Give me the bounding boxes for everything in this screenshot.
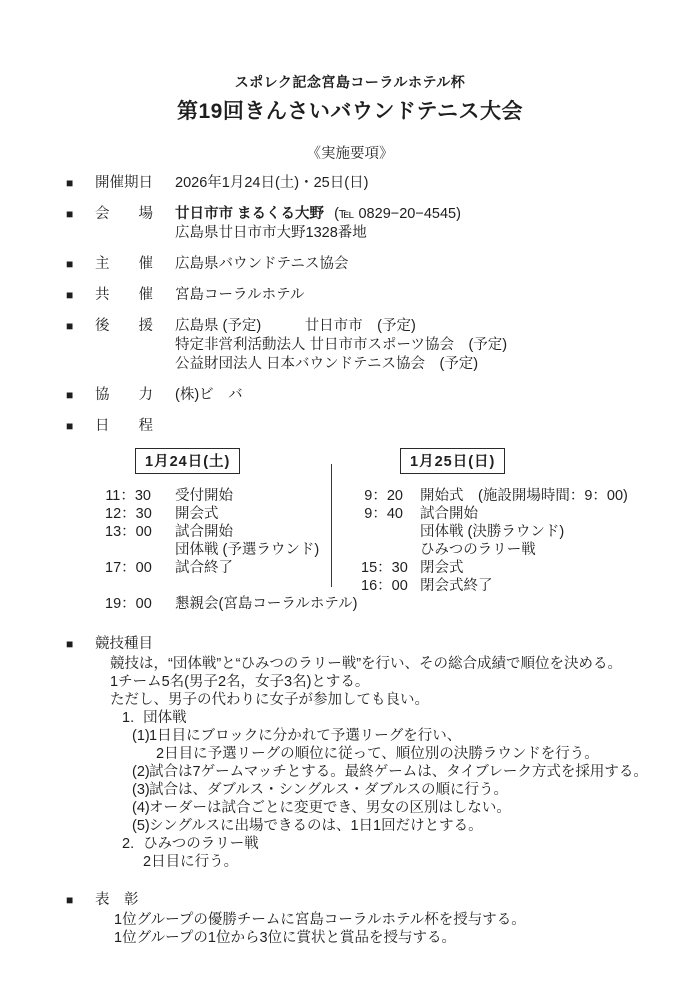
schedule-row: 16：00 閉会式終了 [361,577,700,595]
rule-number: (1) [132,727,149,763]
schedule-time: 9：20 [361,487,403,505]
square-bullet-icon: ■ [66,286,95,305]
events-intro-line: 競技は，“団体戦”と“ひみつのラリー戦”を行い、その総合成績で順位を決める。 [110,655,700,673]
rule-text-line: 2日目に予選リーグの順位に従って、順位別の決勝ラウンドを行う。 [149,745,599,763]
info-row-support: ■ 後 援 広島県 (予定) 廿日市市 (予定) 特定非営利活動法人 廿日市市ス… [66,317,700,374]
square-bullet-icon: ■ [66,635,95,654]
schedule-activity: 閉会式終了 [420,577,493,595]
schedule-activity: 開会式 [175,505,219,523]
schedule-day2-column: 1月25日(日) 9：20 開始式 (施設開場時間：9：00) 9：40 試合開… [361,448,700,613]
tournament-title: 第19回きんさいバウンドテニス大会 [0,95,700,125]
schedule-row: 17：00 試合終了 [105,559,361,577]
schedule-row: 9：20 開始式 (施設開場時間：9：00) [361,487,700,505]
cooperation-label: 協 力 [95,386,175,405]
schedule-row: 13：00 試合開始 [105,523,361,541]
square-bullet-icon: ■ [66,417,95,436]
venue-address: 広島県廿日市市大野1328番地 [175,224,461,243]
item-number: 1. [122,710,134,726]
schedule-activity: 懇親会(宮島コーラルホテル) [175,595,358,613]
rule-number: (4) [132,799,149,817]
events-heading: 競技種目 [95,635,153,654]
events-intro-line: 1チーム5名(男子2名，女子3名)とする。 [110,673,700,691]
schedule-activity: 受付開始 [175,487,233,505]
schedule-time [361,541,403,559]
info-row-event-date: ■ 開催期日 2026年1月24日(土)・25日(日) [66,174,700,193]
awards-line: 1位グループの1位から3位に賞状と賞品を授与する。 [114,929,700,947]
rule-text-line: シングルスに出場できるのは、1日1回だけとする。 [149,817,483,835]
info-row-schedule-heading: ■ 日 程 [66,417,700,436]
event-item-team: 1.団体戦 [122,709,700,727]
cooperation-value: (株)ビ バ [175,386,243,405]
events-section: ■ 競技種目 競技は，“団体戦”と“ひみつのラリー戦”を行い、その総合成績で順位… [66,635,700,871]
schedule-row: 団体戦 (予選ラウンド) [105,541,361,559]
awards-line: 1位グループの優勝チームに宮島コーラルホテル杯を授与する。 [114,911,700,929]
schedule-section: 1月24日(土) 11：30 受付開始 12：30 開会式 13：00 試合開始… [66,448,700,613]
square-bullet-icon: ■ [66,255,95,274]
schedule-time: 16：00 [361,577,403,595]
schedule-row: 11：30 受付開始 [105,487,361,505]
square-bullet-icon: ■ [66,891,95,910]
team-rule: (1) 1日目にブロックに分かれて予選リーグを行い、 2日目に予選リーグの順位に… [132,727,700,763]
team-rule: (5) シングルスに出場できるのは、1日1回だけとする。 [132,817,700,835]
info-row-cohost: ■ 共 催 宮島コーラルホテル [66,286,700,305]
rule-text-line: 1日目にブロックに分かれて予選リーグを行い、 [149,727,599,745]
schedule-row: 団体戦 (決勝ラウンド) [361,523,700,541]
cohost-value: 宮島コーラルホテル [175,286,304,305]
schedule-row: ひみつのラリー戦 [361,541,700,559]
square-bullet-icon: ■ [66,205,95,224]
schedule-row: 12：30 開会式 [105,505,361,523]
host-label: 主 催 [95,255,175,274]
support-label: 後 援 [95,317,175,336]
schedule-time [105,541,151,559]
document-subtitle: 《実施要項》 [0,142,700,163]
support-line: 特定非営利活動法人 廿日市市スポーツ協会 (予定) [175,336,507,355]
schedule-activity: 試合開始 [420,505,478,523]
schedule-time: 9：40 [361,505,403,523]
schedule-activity: 団体戦 (予選ラウンド) [175,541,319,559]
schedule-time: 17：00 [105,559,151,577]
info-row-host: ■ 主 催 広島県バウンドテニス協会 [66,255,700,274]
team-rule: (4) オーダーは試合ごとに変更でき、男女の区別はしない。 [132,799,700,817]
schedule-row: 9：40 試合開始 [361,505,700,523]
info-row-venue: ■ 会 場 廿日市市 まるくる大野 (℡ 0829−20−4545) 広島県廿日… [66,205,700,243]
awards-section: ■ 表 彰 1位グループの優勝チームに宮島コーラルホテル杯を授与する。 1位グル… [66,891,700,947]
schedule-activity: 試合開始 [175,523,233,541]
day1-date-box: 1月24日(土) [135,448,240,474]
document-header: スポレク記念宮島コーラルホテル杯 第19回きんさいバウンドテニス大会 《実施要項… [0,0,700,163]
schedule-activity: 閉会式 [420,559,464,577]
cohost-label: 共 催 [95,286,175,305]
support-line: 公益財団法人 日本バウンドテニス協会 (予定) [175,355,507,374]
tournament-supertitle: スポレク記念宮島コーラルホテル杯 [0,72,700,92]
venue-name: 廿日市市 まるくる大野 [175,206,324,222]
rule-text-line: 試合は7ゲームマッチとする。最終ゲームは、タイブレーク方式を採用する。 [149,763,648,781]
schedule-row: 15：30 閉会式 [361,559,700,577]
item-title: 団体戦 [143,710,187,726]
item-number: 2. [122,836,134,852]
rule-number: (2) [132,763,149,781]
rule-text-line: オーダーは試合ごとに変更でき、男女の区別はしない。 [149,799,511,817]
document-page: スポレク記念宮島コーラルホテル杯 第19回きんさいバウンドテニス大会 《実施要項… [0,0,700,989]
schedule-time: 13：00 [105,523,151,541]
awards-heading: 表 彰 [95,891,139,910]
team-rule: (3) 試合は、ダブルス・シングルス・ダブルスの順に行う。 [132,781,700,799]
schedule-activity: 試合終了 [175,559,233,577]
rally-note: 2日目に行う。 [143,853,700,871]
event-item-rally: 2.ひみつのラリー戦 [122,835,700,853]
event-date-label: 開催期日 [95,174,175,193]
venue-phone: (℡ 0829−20−4545) [334,206,461,222]
event-date-value: 2026年1月24日(土)・25日(日) [175,174,368,193]
host-value: 広島県バウンドテニス協会 [175,255,348,274]
square-bullet-icon: ■ [66,317,95,336]
schedule-activity: ひみつのラリー戦 [420,541,536,559]
schedule-time: 19：00 [105,595,151,613]
schedule-column-divider [331,464,332,587]
schedule-time: 12：30 [105,505,151,523]
schedule-activity: 団体戦 (決勝ラウンド) [420,523,564,541]
day2-date-box: 1月25日(日) [400,448,505,474]
venue-label: 会 場 [95,205,175,224]
rule-number: (3) [132,781,149,799]
schedule-day1-column: 1月24日(土) 11：30 受付開始 12：30 開会式 13：00 試合開始… [66,448,361,613]
rule-number: (5) [132,817,149,835]
schedule-row: 19：00 懇親会(宮島コーラルホテル) [105,595,361,613]
info-list: ■ 開催期日 2026年1月24日(土)・25日(日) ■ 会 場 廿日市市 ま… [66,174,700,436]
schedule-activity: 開始式 (施設開場時間：9：00) [420,487,628,505]
item-title: ひみつのラリー戦 [143,836,259,852]
schedule-time: 15：30 [361,559,403,577]
team-rule: (2) 試合は7ゲームマッチとする。最終ゲームは、タイブレーク方式を採用する。 [132,763,700,781]
square-bullet-icon: ■ [66,386,95,405]
support-line: 広島県 (予定) 廿日市市 (予定) [175,317,507,336]
schedule-time: 11：30 [105,487,151,505]
square-bullet-icon: ■ [66,174,95,193]
schedule-heading-label: 日 程 [95,417,175,436]
info-row-cooperation: ■ 協 力 (株)ビ バ [66,386,700,405]
schedule-time [361,523,403,541]
events-intro-line: ただし、男子の代わりに女子が参加しても良い。 [110,691,700,709]
rule-text-line: 試合は、ダブルス・シングルス・ダブルスの順に行う。 [149,781,508,799]
